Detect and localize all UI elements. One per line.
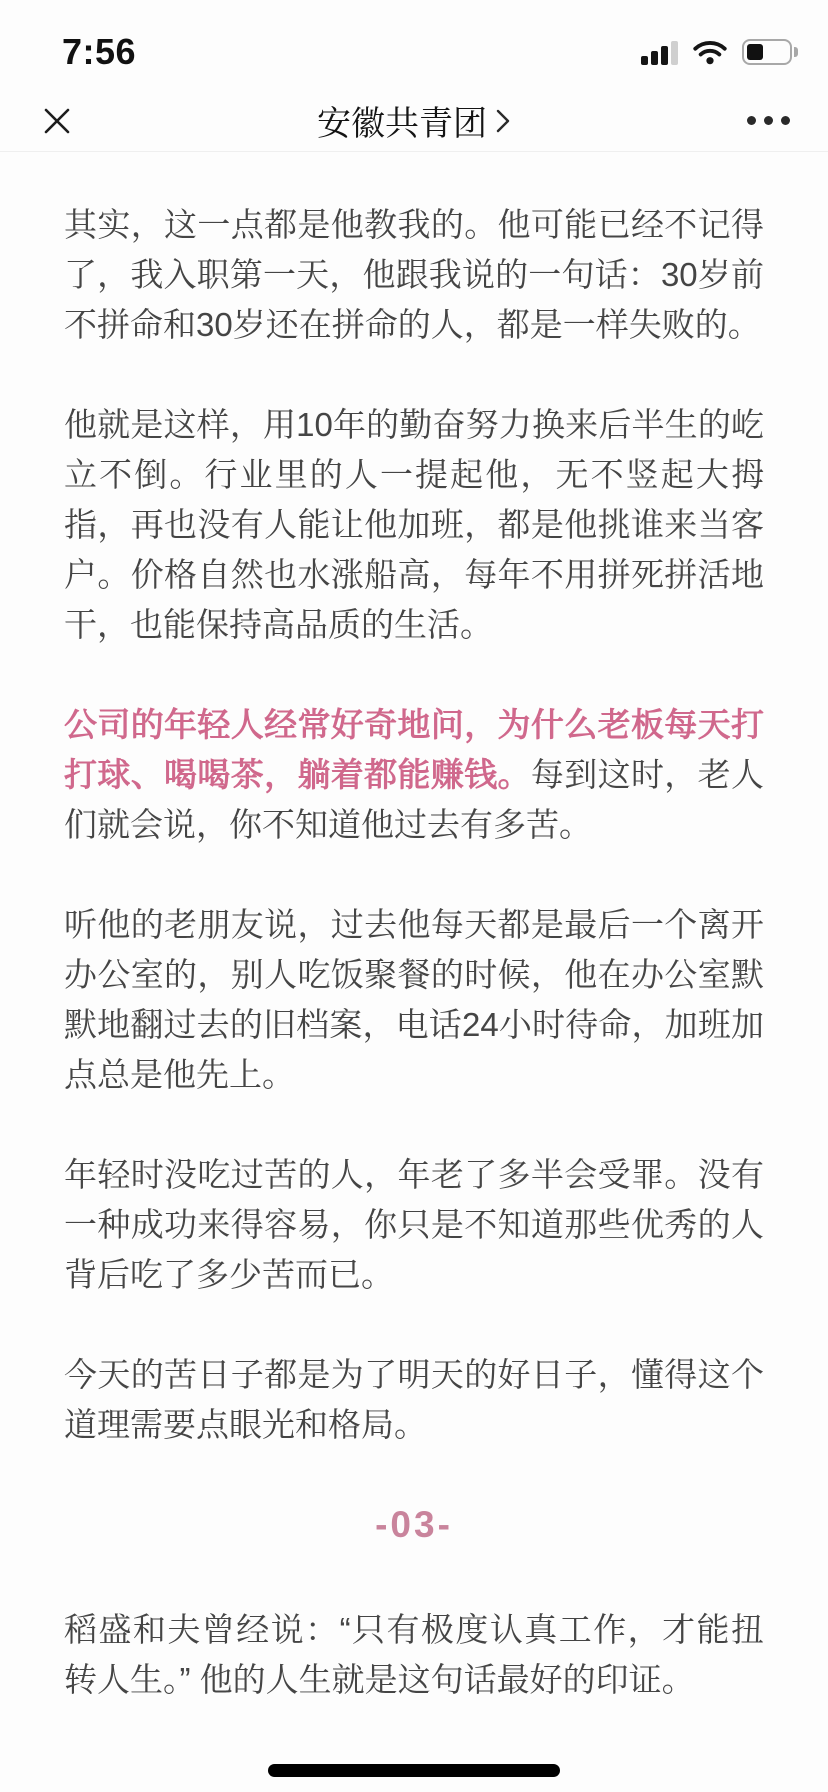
article-body: 其实，这一点都是他教我的。他可能已经不记得了，我入职第一天，他跟我说的一句话：3… (0, 152, 828, 1705)
status-bar: 7:56 (0, 0, 828, 90)
chevron-right-icon (495, 107, 511, 135)
wechat-article-page: 7:56 安徽 (0, 0, 828, 1792)
wifi-icon (692, 38, 728, 66)
battery-icon (742, 39, 798, 65)
section-marker-03: -03- (64, 1500, 764, 1550)
status-icons (641, 38, 798, 66)
paragraph-4: 听他的老朋友说，过去他每天都是最后一个离开办公室的，别人吃饭聚餐的时候，他在办公… (64, 900, 764, 1100)
paragraph-7: 稻盛和夫曾经说：“只有极度认真工作，才能扭转人生。” 他的人生就是这句话最好的印… (64, 1605, 764, 1705)
paragraph-5: 年轻时没吃过苦的人，年老了多半会受罪。没有一种成功来得容易，你只是不知道那些优秀… (64, 1150, 764, 1300)
paragraph-1: 其实，这一点都是他教我的。他可能已经不记得了，我入职第一天，他跟我说的一句话：3… (64, 200, 764, 350)
clock: 7:56 (62, 31, 136, 73)
paragraph-6: 今天的苦日子都是为了明天的好日子，懂得这个道理需要点眼光和格局。 (64, 1350, 764, 1450)
account-title-label: 安徽共青团 (317, 96, 487, 145)
paragraph-2: 他就是这样，用10年的勤奋努力换来后半生的屹立不倒。行业里的人一提起他，无不竖起… (64, 400, 764, 650)
cellular-signal-icon (641, 39, 678, 65)
nav-bar: 安徽共青团 (0, 90, 828, 152)
paragraph-3: 公司的年轻人经常好奇地问，为什么老板每天打打球、喝喝茶，躺着都能赚钱。每到这时，… (64, 700, 764, 850)
home-indicator[interactable] (268, 1764, 560, 1777)
account-title[interactable]: 安徽共青团 (0, 90, 828, 151)
